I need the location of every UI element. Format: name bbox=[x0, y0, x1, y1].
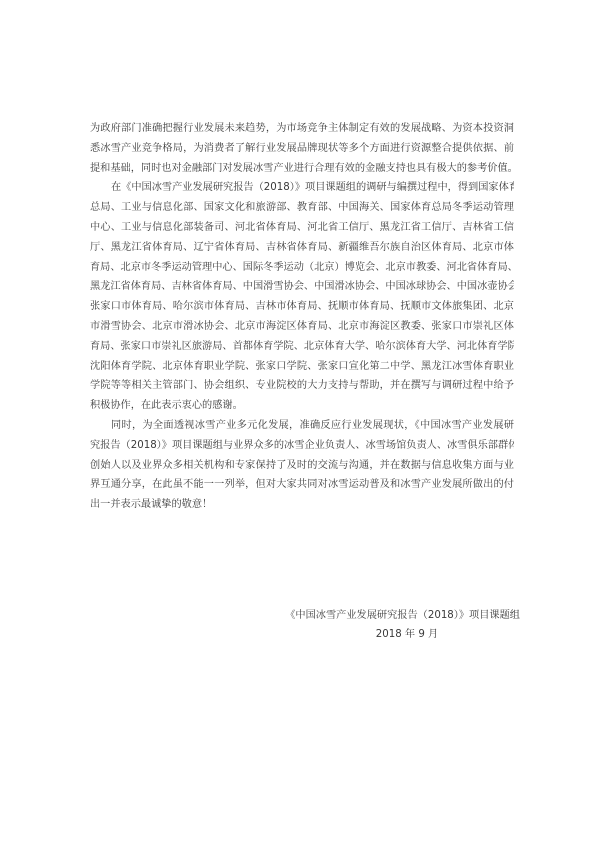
text-line: 同时，为全面透视冰雪产业多元化发展，准确反应行业发展现状，《中国冰雪产业发展研 bbox=[90, 416, 514, 436]
body-text: 为政府部门准确把握行业发展未来趋势，为市场竞争主体制定有效的发展战略、为资本投资… bbox=[90, 119, 514, 515]
paragraph-2: 在《中国冰雪产业发展研究报告（2018）》项目课题组的调研与编撰过程中，得到国家… bbox=[90, 178, 514, 416]
text-line: 中心、工业与信息化部装备司、河北省体育局、河北省工信厅、黑龙江省工信厅、吉林省工… bbox=[90, 218, 514, 238]
text-line: 市滑雪协会、北京市滑冰协会、北京市海淀区体育局、北京市海淀区教委、张家口市崇礼区… bbox=[90, 317, 514, 337]
text-line: 悉冰雪产业竞争格局，为消费者了解行业发展品牌现状等多个方面进行资源整合提供依据、… bbox=[90, 139, 514, 159]
text-line: 厅、黑龙江省体育局、辽宁省体育局、吉林省体育局、新疆维吾尔族自治区体育局、北京市… bbox=[90, 238, 514, 258]
text-line: 总局、工业与信息化部、国家文化和旅游部、教育部、中国海关、国家体育总局冬季运动管… bbox=[90, 198, 514, 218]
text-line: 育局、北京市冬季运动管理中心、国际冬季运动（北京）博览会、北京市教委、河北省体育… bbox=[90, 258, 514, 278]
text-line: 在《中国冰雪产业发展研究报告（2018）》项目课题组的调研与编撰过程中，得到国家… bbox=[90, 178, 514, 198]
date: 2018 年 9 月 bbox=[372, 625, 442, 644]
document-page: 为政府部门准确把握行业发展未来趋势，为市场竞争主体制定有效的发展战略、为资本投资… bbox=[0, 0, 600, 866]
text-line: 出一并表示最诚挚的敬意！ bbox=[90, 495, 514, 515]
text-line: 育局、张家口市崇礼区旅游局、首都体育学院、北京体育大学、哈尔滨体育大学、河北体育… bbox=[90, 337, 514, 357]
text-line: 张家口市体育局、哈尔滨市体育局、吉林市体育局、抚顺市体育局、抚顺市文体旅集团、北… bbox=[90, 297, 514, 317]
text-line: 黑龙江省体育局、吉林省体育局、中国滑雪协会、中国滑冰协会、中国冰球协会、中国冰壶… bbox=[90, 277, 514, 297]
text-line: 学院等等相关主管部门、协会组织、专业院校的大力支持与帮助，并在撰写与调研过程中给… bbox=[90, 376, 514, 396]
text-line: 为政府部门准确把握行业发展未来趋势，为市场竞争主体制定有效的发展战略、为资本投资… bbox=[90, 119, 514, 139]
text-line: 界互通分享，在此虽不能一一列举，但对大家共同对冰雪运动普及和冰雪产业发展所做出的… bbox=[90, 475, 514, 495]
text-line: 究报告（2018）》项目课题组与业界众多的冰雪企业负责人、冰雪场馆负责人、冰雪俱… bbox=[90, 436, 514, 456]
text-line: 创始人以及业界众多相关机构和专家保持了及时的交流与沟通，并在数据与信息收集方面与… bbox=[90, 456, 514, 476]
paragraph-1: 为政府部门准确把握行业发展未来趋势，为市场竞争主体制定有效的发展战略、为资本投资… bbox=[90, 119, 514, 178]
signature: 《中国冰雪产业发展研究报告（2018）》项目课题组 bbox=[280, 606, 520, 625]
paragraph-3: 同时，为全面透视冰雪产业多元化发展，准确反应行业发展现状，《中国冰雪产业发展研 … bbox=[90, 416, 514, 515]
text-line: 沈阳体育学院、北京体育职业学院、张家口学院、张家口宣化第二中学、黑龙江冰雪体育职… bbox=[90, 357, 514, 377]
text-line: 积极协作，在此表示衷心的感谢。 bbox=[90, 396, 514, 416]
text-line: 提和基础，同时也对金融部门对发展冰雪产业进行合理有效的金融支持也具有极大的参考价… bbox=[90, 159, 514, 179]
